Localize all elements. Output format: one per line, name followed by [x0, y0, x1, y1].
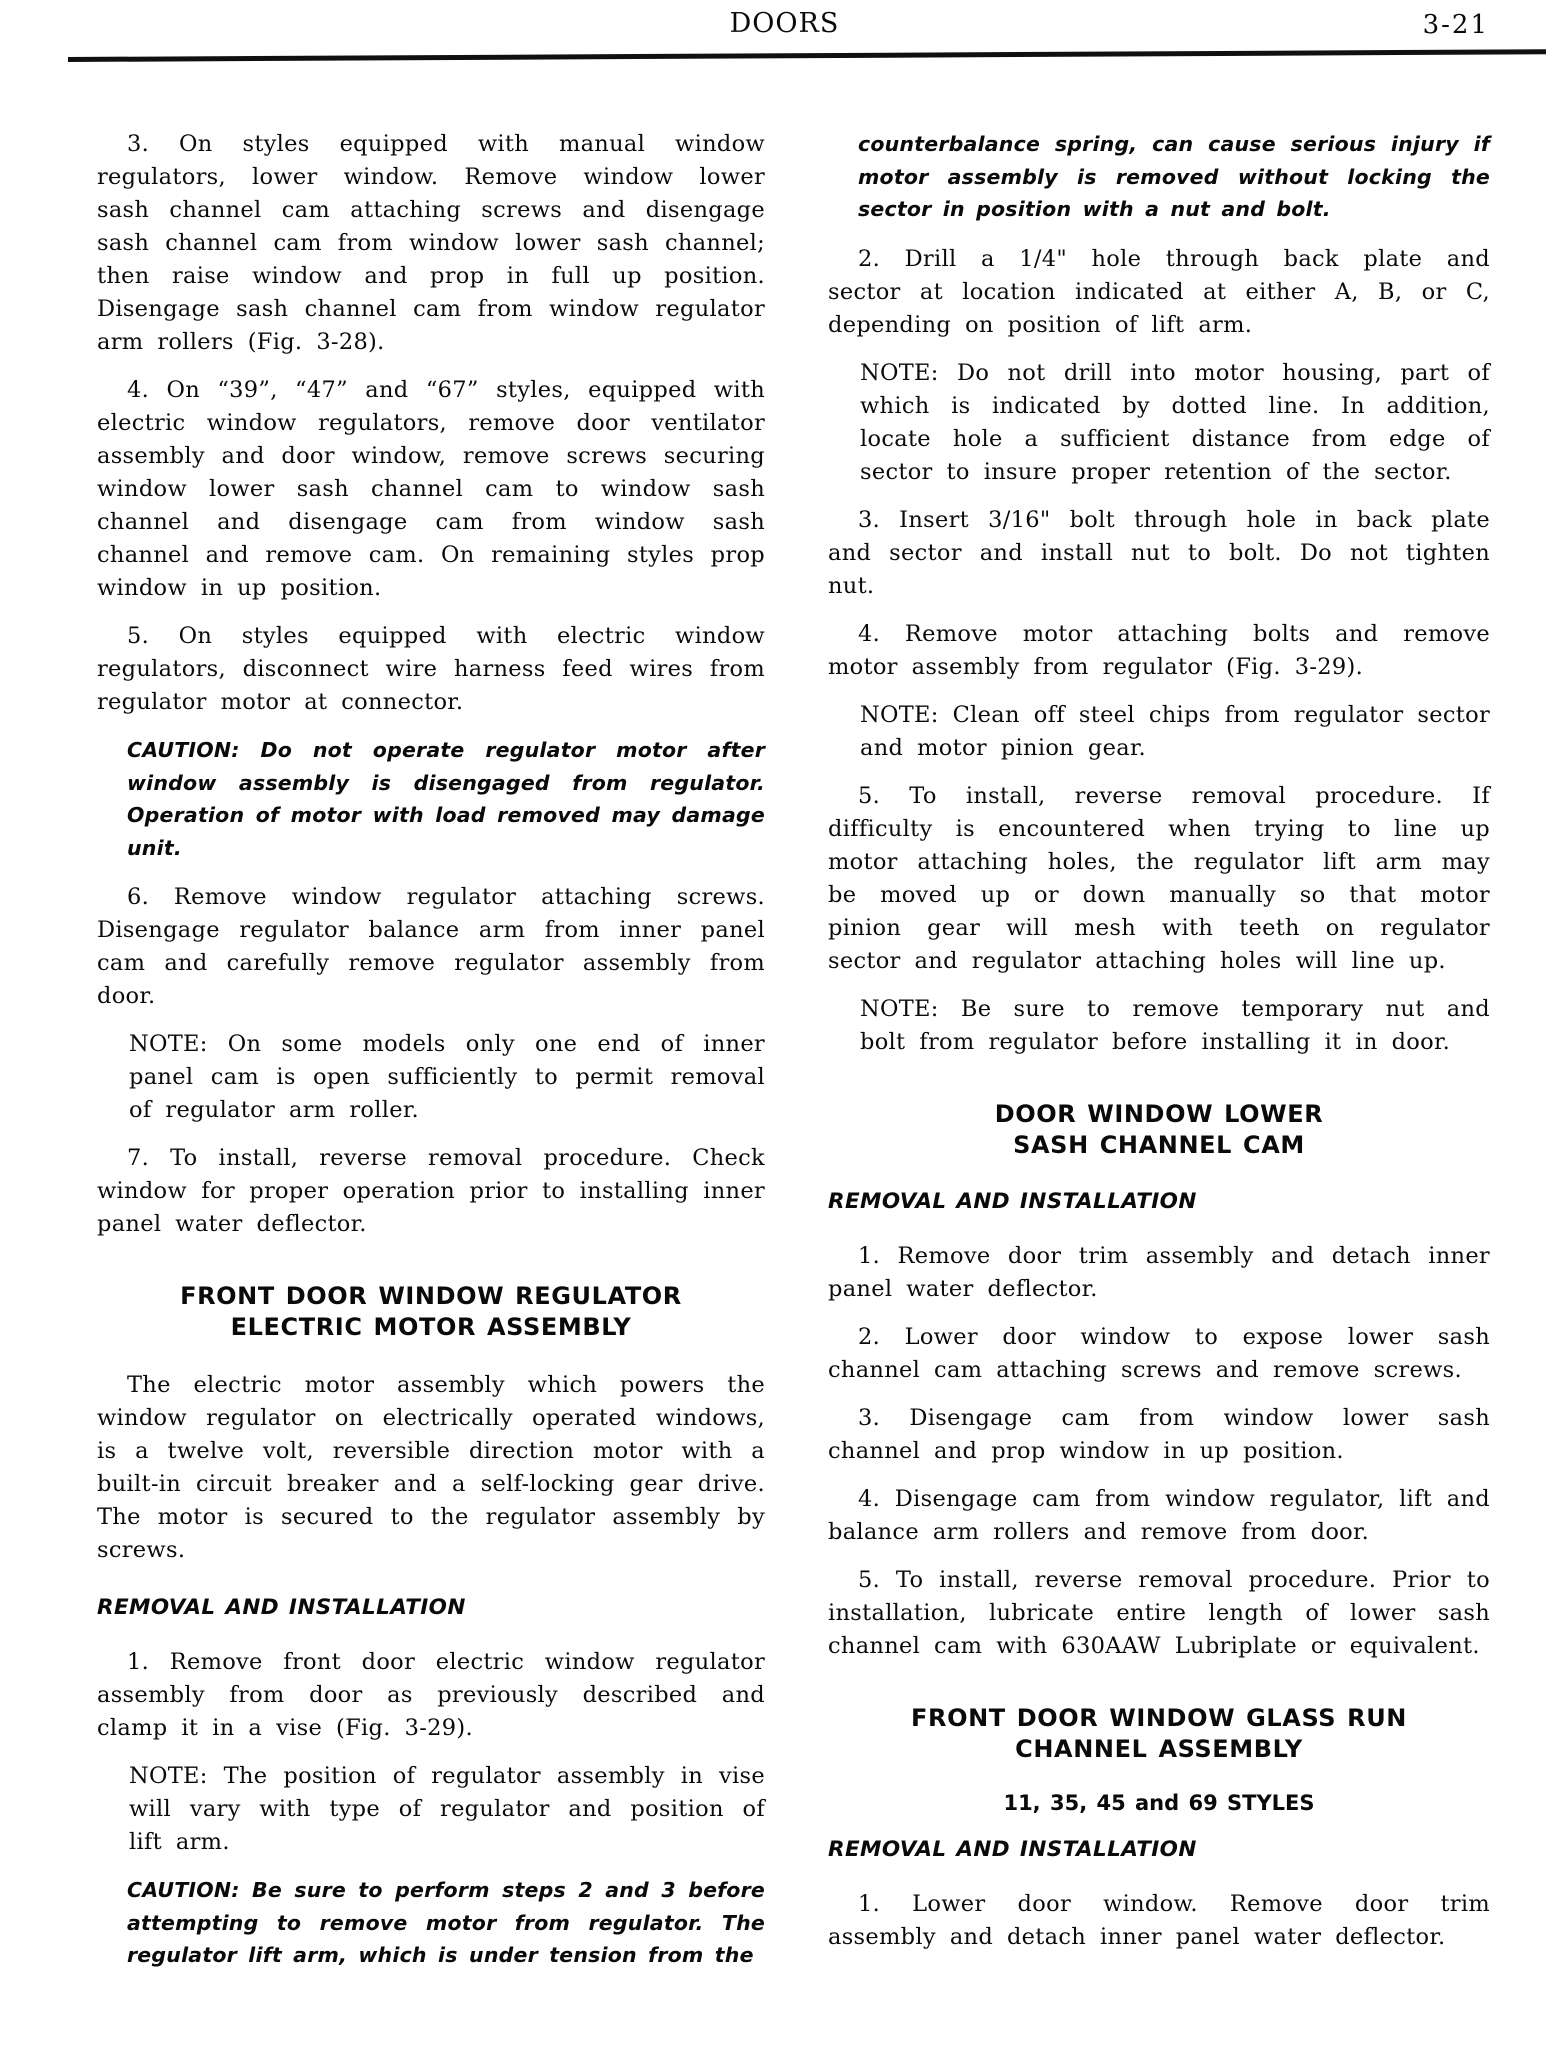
step-paragraph: 5. On styles equipped with electric wind… — [97, 620, 765, 719]
step-paragraph: 3. On styles equipped with manual window… — [97, 128, 765, 359]
running-head: DOORS 3-21 — [70, 8, 1499, 52]
page-number: 3-21 — [1423, 10, 1489, 40]
step-paragraph: 3. Insert 3/16" bolt through hole in bac… — [828, 504, 1490, 603]
step-paragraph: 1. Remove door trim assembly and detach … — [828, 1240, 1490, 1306]
sub-heading: REMOVAL AND INSTALLATION — [828, 1189, 1490, 1214]
caution-text: CAUTION: Be sure to perform steps 2 and … — [127, 1874, 765, 1972]
note-text: NOTE: Do not drill into motor housing, p… — [860, 357, 1490, 489]
step-paragraph: 7. To install, reverse removal procedure… — [97, 1142, 765, 1241]
step-paragraph: 1. Lower door window. Remove door trim a… — [828, 1888, 1490, 1954]
section-heading: FRONT DOOR WINDOW GLASS RUN CHANNEL ASSE… — [834, 1703, 1484, 1765]
section-heading: DOOR WINDOW LOWER SASH CHANNEL CAM — [834, 1099, 1484, 1161]
step-paragraph: 4. Disengage cam from window regulator, … — [828, 1483, 1490, 1549]
note-text: NOTE: On some models only one end of inn… — [129, 1028, 765, 1127]
sub-heading: REMOVAL AND INSTALLATION — [828, 1837, 1490, 1862]
step-paragraph: 5. To install, reverse removal procedure… — [828, 1564, 1490, 1663]
note-text: NOTE: Be sure to remove temporary nut an… — [860, 993, 1490, 1059]
note-text: NOTE: Clean off steel chips from regulat… — [860, 699, 1490, 765]
caution-text: CAUTION: Do not operate regulator motor … — [127, 734, 765, 864]
manual-page: DOORS 3-21 3. On styles equipped with ma… — [0, 0, 1561, 2064]
left-column: 3. On styles equipped with manual window… — [97, 128, 765, 1989]
page-title: DOORS — [70, 8, 1499, 39]
right-column: counterbalance spring, can cause serious… — [828, 128, 1490, 1969]
step-paragraph: 4. Remove motor attaching bolts and remo… — [828, 618, 1490, 684]
step-paragraph: 2. Lower door window to expose lower sas… — [828, 1321, 1490, 1387]
step-paragraph: 1. Remove front door electric window reg… — [97, 1646, 765, 1745]
step-paragraph: 3. Disengage cam from window lower sash … — [828, 1402, 1490, 1468]
note-text: NOTE: The position of regulator assembly… — [129, 1760, 765, 1859]
caution-text-continued: counterbalance spring, can cause serious… — [858, 128, 1490, 226]
body-paragraph: The electric motor assembly which powers… — [97, 1369, 765, 1567]
step-paragraph: 2. Drill a 1/4" hole through back plate … — [828, 243, 1490, 342]
step-paragraph: 6. Remove window regulator attaching scr… — [97, 881, 765, 1013]
sub-heading: REMOVAL AND INSTALLATION — [97, 1595, 765, 1620]
styles-subheading: 11, 35, 45 and 69 STYLES — [828, 1791, 1490, 1815]
section-heading: FRONT DOOR WINDOW REGULATOR ELECTRIC MOT… — [103, 1281, 759, 1343]
step-paragraph: 4. On “39”, “47” and “67” styles, equipp… — [97, 374, 765, 605]
step-paragraph: 5. To install, reverse removal procedure… — [828, 780, 1490, 978]
